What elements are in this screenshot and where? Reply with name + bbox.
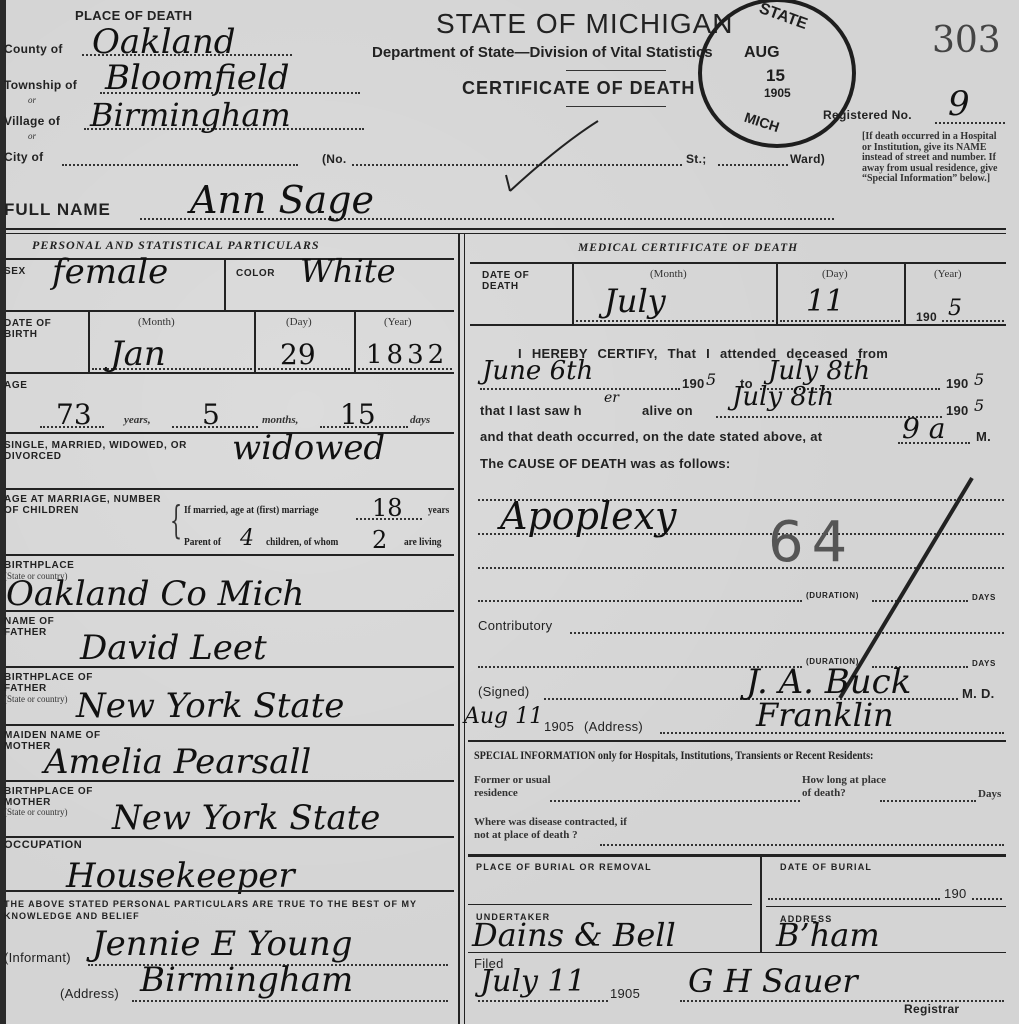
- undertaker-value: Dains & Bell: [472, 916, 676, 954]
- days-label: days: [410, 416, 430, 425]
- row-rule: [470, 324, 1006, 326]
- age-months-value: 5: [202, 398, 220, 431]
- burial-date-year: 190: [944, 886, 967, 901]
- row-rule: [468, 740, 1006, 742]
- row-rule: [766, 906, 1006, 907]
- row-rule: [468, 854, 1006, 857]
- death-certificate: PLACE OF DEATH County of Oakland Townshi…: [0, 0, 1019, 1024]
- full-name-label: FULL NAME: [4, 200, 111, 220]
- sex-value: female: [52, 252, 168, 292]
- row-rule: [6, 724, 454, 726]
- title-rule: [566, 70, 666, 71]
- father-birthplace-sub-label: (State or country): [4, 695, 67, 704]
- column-divider: [464, 234, 465, 1024]
- md-label: M. D.: [962, 686, 995, 701]
- dod-year-value: 5: [948, 296, 962, 321]
- month-label: (Month): [138, 318, 175, 327]
- received-stamp: STATE AUG 15 1905 MICH: [698, 0, 856, 148]
- how-long-days-label: Days: [978, 790, 1001, 799]
- burial-date-label: DATE OF BURIAL: [780, 862, 872, 873]
- checkmark-icon: [500, 115, 610, 197]
- to-year-prefix: 190: [946, 376, 969, 391]
- filed-date: July 11: [480, 964, 586, 999]
- dod-day-value: 11: [806, 284, 844, 319]
- row-rule: [6, 310, 454, 312]
- hospital-note: [If death occurred in a Hospital or Inst…: [862, 132, 1008, 185]
- disease-contracted-label: Where was disease contracted, if not at …: [474, 816, 644, 842]
- burial-date-line: [768, 896, 940, 900]
- last-saw-text: that I last saw h: [480, 403, 582, 418]
- personal-section-title: PERSONAL AND STATISTICAL PARTICULARS: [32, 238, 320, 253]
- physician-address-value: Franklin: [756, 696, 894, 734]
- father-name-value: David Leet: [80, 628, 267, 668]
- signed-date: Aug 11: [464, 704, 543, 729]
- informant-address-value: Birmingham: [140, 960, 353, 1000]
- father-name-label: NAME OF FATHER: [4, 616, 84, 638]
- former-residence-line: [550, 798, 800, 802]
- year-label: (Year): [384, 318, 412, 327]
- dod-month-label: (Month): [650, 270, 687, 279]
- department-title: Department of State—Division of Vital St…: [372, 44, 713, 61]
- alive-on-text: alive on: [642, 403, 693, 418]
- stamp-year: 1905: [764, 86, 791, 100]
- ward-line: [718, 162, 788, 166]
- duration-line: [478, 598, 802, 602]
- mother-birthplace-label: BIRTHPLACE OF MOTHER: [4, 786, 104, 808]
- registered-number-line: [935, 120, 1005, 124]
- years-label: years,: [124, 416, 151, 425]
- informant-value: Jennie E Young: [92, 924, 353, 964]
- registered-number-label: Registered No.: [823, 108, 912, 122]
- cell-divider: [224, 260, 226, 310]
- color-label: COLOR: [236, 268, 275, 279]
- attended-from-line: [480, 386, 680, 390]
- row-rule: [468, 952, 1006, 953]
- stamp-month: AUG: [744, 44, 780, 62]
- row-rule: [6, 836, 454, 838]
- dod-month-value: July: [604, 282, 666, 320]
- ward-label: Ward): [790, 152, 825, 166]
- cell-divider: [904, 264, 906, 324]
- color-value: White: [300, 252, 396, 290]
- cell-divider: [572, 264, 574, 324]
- dob-year-value: 1832: [366, 340, 448, 370]
- city-line: [62, 162, 298, 166]
- from-year-value: 5: [706, 370, 716, 389]
- place-of-death-heading: PLACE OF DEATH: [75, 8, 192, 23]
- dod-year-label: (Year): [934, 270, 962, 279]
- registrar-signature: G H Sauer: [688, 962, 858, 1000]
- dob-month-value: Jan: [110, 334, 166, 374]
- last-saw-pronoun: er: [604, 390, 619, 406]
- registrar-label: Registrar: [904, 1002, 959, 1016]
- stamp-top-text: STATE: [756, 0, 809, 34]
- street-label: St.;: [686, 152, 707, 166]
- undertaker-address-value: B’ham: [776, 916, 880, 954]
- former-residence-label: Former or usual residence: [474, 774, 554, 800]
- stamp-bottom-text: MICH: [742, 109, 781, 135]
- row-rule: [6, 890, 454, 892]
- row-rule: [6, 610, 454, 612]
- signed-year: 1905: [544, 719, 574, 734]
- burial-year-line: [972, 896, 1002, 900]
- last-saw-year-prefix: 190: [946, 403, 969, 418]
- how-long-label: How long at place of death?: [802, 774, 892, 800]
- dob-day-value: 29: [280, 338, 316, 371]
- column-divider: [458, 234, 460, 1024]
- burial-place-label: PLACE OF BURIAL OR REMOVAL: [476, 862, 652, 873]
- medical-section-title: MEDICAL CERTIFICATE OF DEATH: [578, 242, 798, 254]
- months-label: months,: [262, 416, 298, 425]
- day-label: (Day): [286, 318, 312, 327]
- informant-label: (Informant): [4, 950, 71, 965]
- age-days-value: 15: [340, 398, 376, 431]
- married-age-value: 18: [372, 494, 403, 522]
- cell-divider: [776, 264, 778, 324]
- cell-divider: [88, 312, 90, 372]
- header-rule: [6, 228, 1006, 230]
- row-rule: [6, 372, 454, 374]
- filed-year: 1905: [610, 986, 640, 1001]
- special-info-title: SPECIAL INFORMATION only for Hospitals, …: [474, 748, 873, 763]
- dod-day-label: (Day): [822, 270, 848, 279]
- certificate-title: CERTIFICATE OF DEATH: [462, 78, 695, 99]
- last-saw-date: July 8th: [732, 382, 834, 412]
- birthplace-label: BIRTHPLACE: [4, 560, 74, 571]
- disease-contracted-line: [600, 842, 1004, 846]
- cause-of-death-label: The CAUSE OF DEATH was as follows:: [480, 456, 731, 471]
- children-count: 4: [240, 526, 254, 551]
- row-rule: [6, 488, 454, 490]
- full-name-value: Ann Sage: [190, 178, 374, 222]
- from-year-prefix: 190: [682, 376, 705, 391]
- header-rule: [6, 233, 1006, 234]
- state-title: STATE OF MICHIGAN: [436, 8, 734, 40]
- or-text: or: [28, 96, 36, 105]
- date-of-birth-label: DATE OF BIRTH: [4, 318, 84, 340]
- father-birthplace-value: New York State: [76, 686, 344, 726]
- marital-status-label: SINGLE, MARRIED, WIDOWED, OR DIVORCED: [4, 440, 214, 462]
- attended-from-value: June 6th: [482, 356, 593, 386]
- mother-name-value: Amelia Pearsall: [44, 742, 311, 782]
- contributory-label: Contributory: [478, 618, 552, 633]
- how-long-line: [880, 798, 976, 802]
- mother-birthplace-value: New York State: [112, 798, 380, 838]
- row-rule: [468, 904, 752, 905]
- dod-year-prefix: 190: [916, 310, 937, 324]
- children-mid-text: children, of whom: [266, 536, 338, 548]
- row-rule: [6, 666, 454, 668]
- sex-label: SEX: [4, 266, 26, 277]
- children-end-text: are living: [404, 536, 441, 548]
- age-years-value: 73: [56, 398, 92, 431]
- or-text: or: [28, 132, 36, 141]
- physician-address-label: (Address): [584, 719, 643, 734]
- row-rule: [470, 262, 1006, 264]
- last-saw-year: 5: [974, 396, 984, 415]
- death-time-suffix: M.: [976, 429, 991, 444]
- cell-divider: [760, 856, 762, 952]
- title-rule: [566, 106, 666, 107]
- village-label: Village of: [4, 114, 60, 128]
- married-age-text: If married, age at (first) marriage: [184, 504, 318, 516]
- city-label: City of: [4, 150, 43, 164]
- birthplace-value: Oakland Co Mich: [6, 574, 304, 614]
- age-label: AGE: [4, 380, 27, 391]
- married-age-unit: years: [428, 504, 449, 516]
- death-time-text: and that death occurred, on the date sta…: [480, 429, 822, 444]
- signed-label: (Signed): [478, 684, 530, 699]
- occupation-label: OCCUPATION: [4, 840, 82, 851]
- stamp-day: 15: [766, 66, 785, 86]
- marital-status-value: widowed: [232, 428, 385, 468]
- cell-divider: [254, 312, 256, 372]
- children-living: 2: [372, 526, 387, 554]
- row-rule: [6, 780, 454, 782]
- village-value: Birmingham: [90, 96, 291, 134]
- registered-number-value: 9: [948, 84, 970, 124]
- attestation-text: THE ABOVE STATED PERSONAL PARTICULARS AR…: [4, 898, 444, 922]
- mother-birthplace-sub-label: (State or country): [4, 808, 67, 817]
- marriage-children-label: AGE AT MARRIAGE, NUMBER OF CHILDREN: [4, 494, 164, 516]
- informant-address-label: (Address): [60, 986, 119, 1001]
- township-label: Township of: [4, 78, 77, 92]
- to-year-value: 5: [974, 370, 984, 389]
- brace-icon: {: [170, 498, 182, 542]
- row-rule: [6, 432, 454, 434]
- date-of-death-label: DATE OF DEATH: [482, 270, 552, 292]
- parent-of-text: Parent of: [184, 536, 221, 548]
- row-rule: [6, 554, 454, 556]
- cause-of-death-value: Apoplexy: [500, 494, 677, 538]
- county-label: County of: [4, 42, 63, 56]
- death-time-value: 9 a: [902, 412, 945, 445]
- cell-divider: [354, 312, 356, 372]
- township-value: Bloomfield: [105, 58, 289, 98]
- street-number-label: (No.: [322, 152, 347, 166]
- county-value: Oakland: [92, 22, 236, 62]
- file-number: 303: [932, 20, 1001, 61]
